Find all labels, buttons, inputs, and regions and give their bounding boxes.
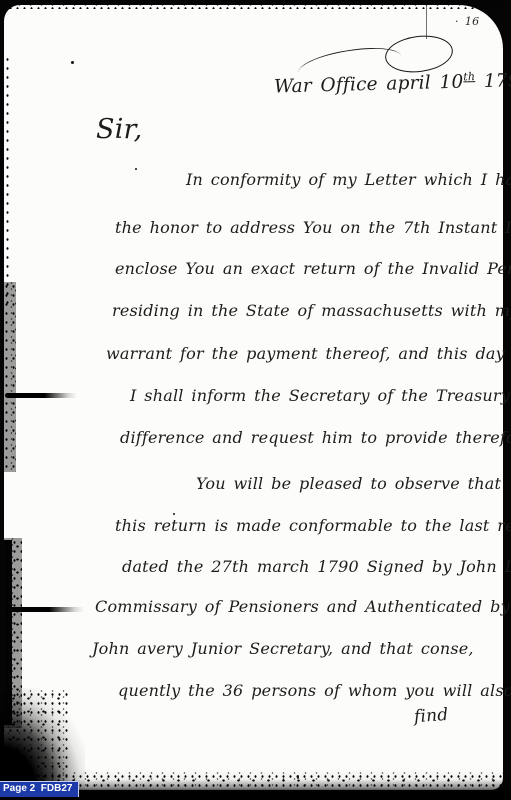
scan-artifact: [0, 4, 511, 9]
letter-line: enclose You an exact return of the Inval…: [115, 259, 511, 278]
scan-artifact: [6, 607, 84, 612]
page-label: Page 2 FDB27: [0, 781, 79, 797]
letter-line: John avery Junior Secretary, and that co…: [92, 639, 474, 658]
catchword: find: [413, 705, 449, 727]
scan-artifact: [5, 393, 77, 398]
letter-line: I shall inform the Secretary of the Trea…: [130, 386, 511, 405]
letter-line: difference and request him to provide th…: [120, 428, 511, 447]
paper-crease: [426, 5, 427, 39]
salutation: Sir,: [96, 114, 142, 145]
ink-speck: [71, 61, 74, 64]
ink-speck: [135, 168, 137, 170]
scan-artifact: [3, 282, 16, 472]
letter-line: the honor to address You on the 7th Inst…: [115, 218, 511, 237]
ink-speck: [173, 513, 175, 515]
ink-speck: [297, 775, 299, 779]
scanned-letter-viewer: { "colors": { "paper": "#fcfcfa", "ink":…: [0, 0, 511, 800]
scan-artifact: [4, 55, 9, 305]
dateline-superscript: th: [463, 70, 475, 83]
letter-line: warrant for the payment thereof, and thi…: [106, 344, 505, 363]
letter-line: quently the 36 persons of whom you will …: [118, 681, 511, 700]
letter-line: this return is made conformable to the l…: [115, 516, 511, 535]
folio-annotation: · 16: [455, 15, 479, 28]
letter-line: residing in the State of massachusetts w…: [112, 301, 511, 320]
letter-line: dated the 27th march 1790 Signed by John…: [122, 557, 511, 576]
letter-line: You will be pleased to observe that: [196, 474, 501, 493]
letter-line: Commissary of Pensioners and Authenticat…: [95, 597, 510, 616]
letter-line: In conformity of my Letter which I had: [186, 170, 511, 189]
dateline-year: 1790: [475, 70, 511, 92]
